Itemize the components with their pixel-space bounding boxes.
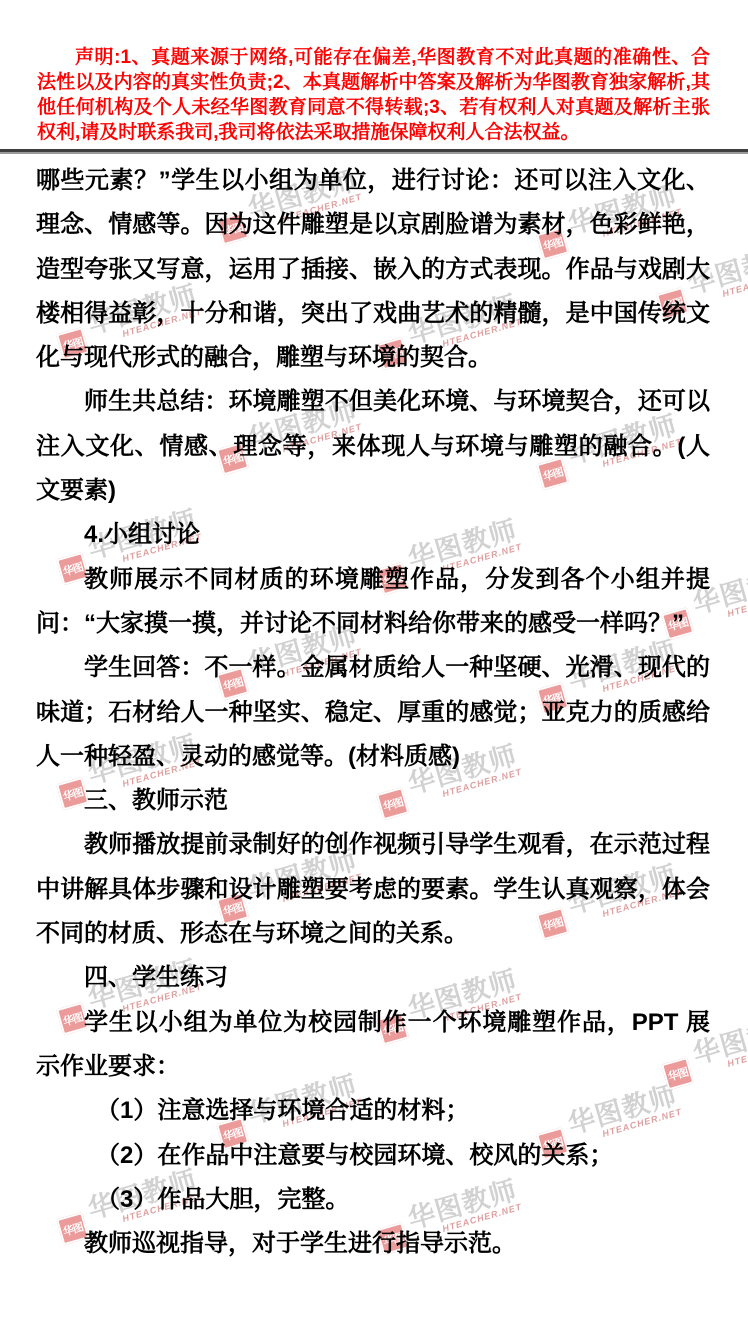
paragraph: 教师播放提前录制好的创作视频引导学生观看，在示范过程中讲解具体步骤和设计雕塑要考… xyxy=(36,823,710,956)
document-body: 哪些元素？”学生以小组为单位，进行讨论：还可以注入文化、理念、情感等。因为这件雕… xyxy=(0,154,748,1266)
paragraph: （2）在作品中注意要与校园环境、校风的关系； xyxy=(36,1134,710,1178)
paragraph: 师生共总结：环境雕塑不但美化环境、与环境契合，还可以注入文化、情感、理念等，来体… xyxy=(36,380,710,513)
paragraph: 教师巡视指导，对于学生进行指导示范。 xyxy=(36,1222,710,1266)
disclaimer-label: 声明: xyxy=(75,47,120,68)
paragraph: （1）注意选择与环境合适的材料； xyxy=(36,1089,710,1133)
paragraph: 四、学生练习 xyxy=(36,956,710,1000)
paragraph: 三、教师示范 xyxy=(36,779,710,823)
paragraph: （3）作品大胆，完整。 xyxy=(36,1178,710,1222)
paragraph: 4.小组讨论 xyxy=(36,513,710,557)
disclaimer-text: 1、真题来源于网络,可能存在偏差,华图教育不对此真题的准确性、合法性以及内容的真… xyxy=(37,47,710,143)
paragraph: 教师展示不同材质的环境雕塑作品，分发到各个小组并提问：“大家摸一摸，并讨论不同材… xyxy=(36,558,710,647)
paragraph: 学生以小组为单位为校园制作一个环境雕塑作品，PPT 展示作业要求： xyxy=(36,1001,710,1090)
paragraph: 学生回答：不一样。金属材质给人一种坚硬、光滑、现代的味道；石材给人一种坚实、稳定… xyxy=(36,646,710,779)
paragraph: 哪些元素？”学生以小组为单位，进行讨论：还可以注入文化、理念、情感等。因为这件雕… xyxy=(36,159,710,380)
document-page: 华图 华图教师 HTEACHER.NET 华图 华图教师 HTEACHER.NE… xyxy=(0,0,748,1335)
disclaimer-notice: 声明:1、真题来源于网络,可能存在偏差,华图教育不对此真题的准确性、合法性以及内… xyxy=(0,0,748,149)
